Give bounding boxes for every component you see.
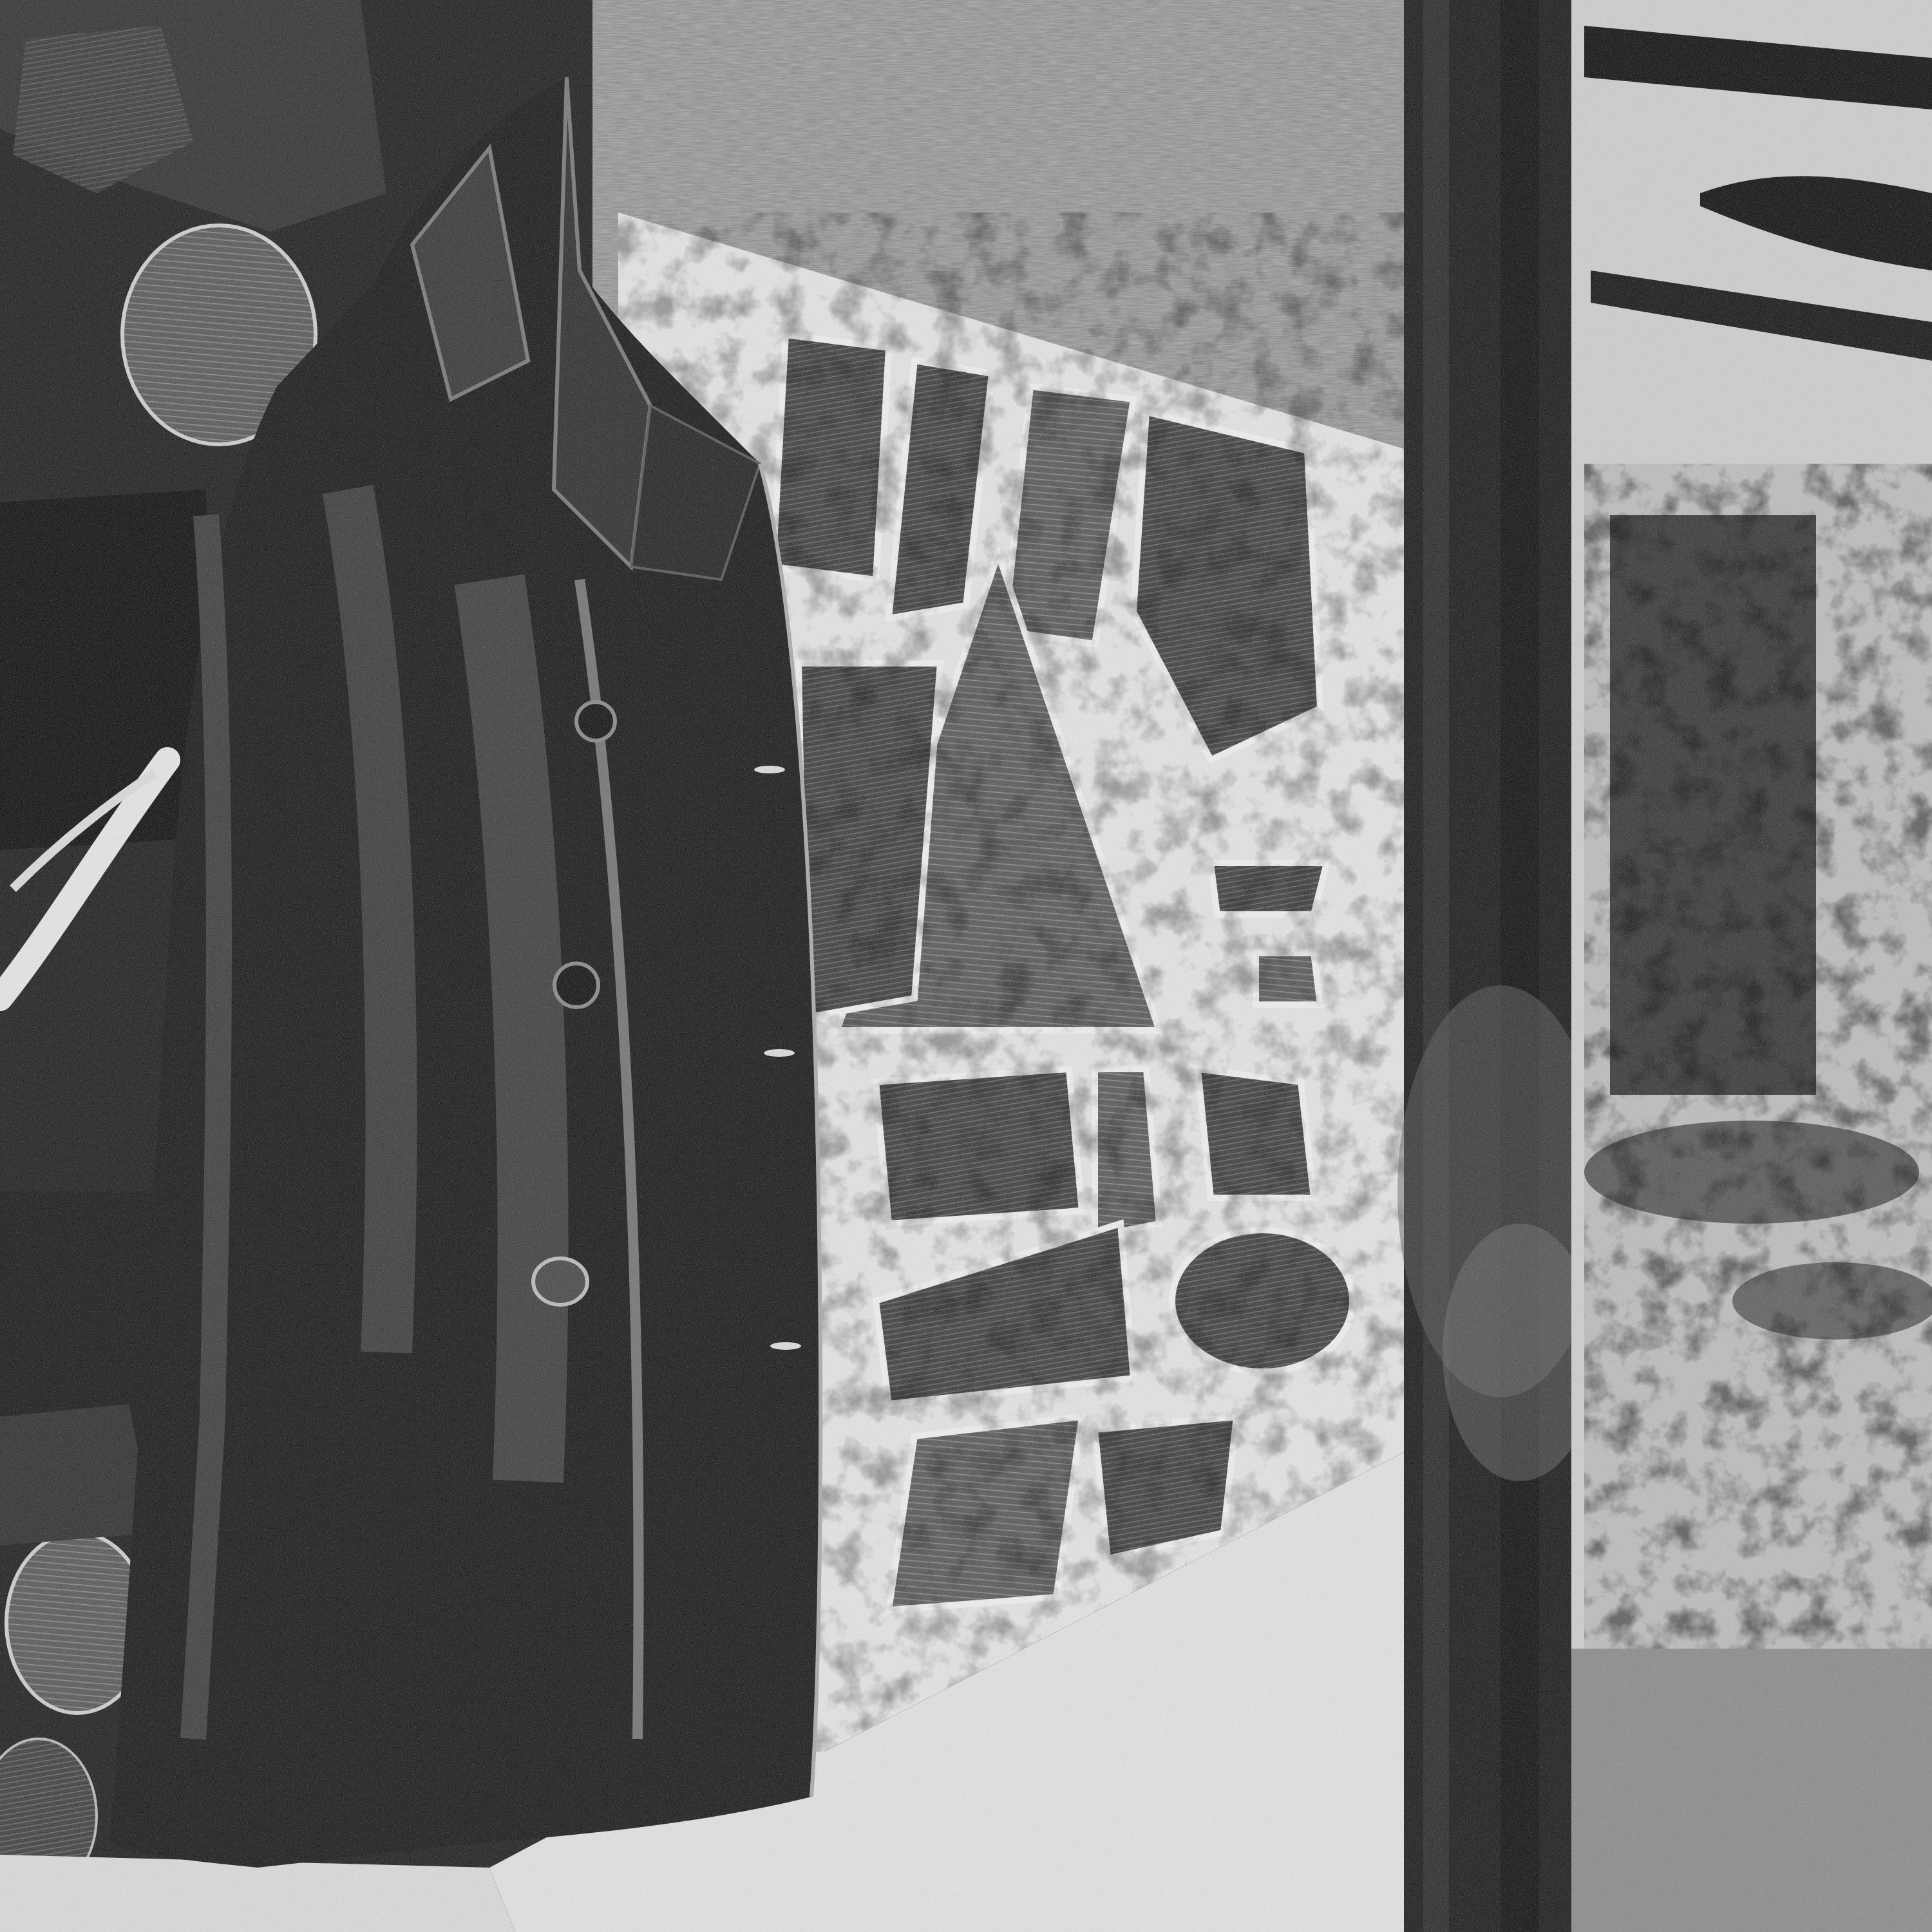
- artwork-svg: [0, 0, 1932, 1932]
- leather-jacket: [0, 0, 1932, 1932]
- collage-artwork: [0, 0, 1932, 1932]
